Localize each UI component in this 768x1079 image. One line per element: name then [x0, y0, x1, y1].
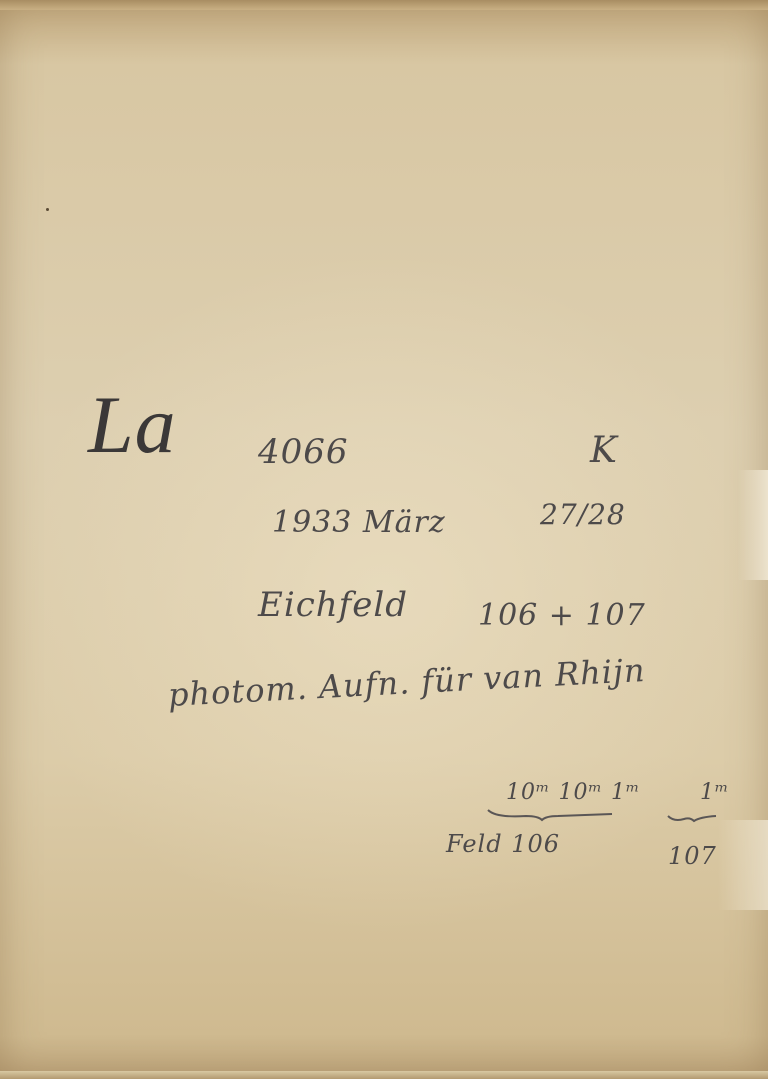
observation-nights: 27/28	[540, 498, 626, 531]
paper-speck	[46, 208, 49, 211]
plate-mark: K	[590, 430, 618, 471]
envelope-bottom-edge	[0, 1071, 768, 1079]
brace-107	[666, 812, 718, 824]
observation-date: 1933 März	[272, 505, 446, 540]
field-numbers: 106 + 107	[478, 598, 646, 633]
paper-glare	[718, 820, 768, 910]
envelope-top-edge	[0, 0, 768, 10]
purpose-note: photom. Aufn. für van Rhijn	[167, 651, 646, 714]
feld-106-label: Feld 106	[446, 830, 560, 858]
exposures-106: 10ᵐ 10ᵐ 1ᵐ	[506, 780, 640, 805]
paper-glare	[738, 470, 768, 580]
field-label: Eichfeld	[258, 585, 408, 625]
exposures-107: 1ᵐ	[700, 780, 730, 805]
plate-envelope: La 4066 K 1933 März 27/28 Eichfeld 106 +…	[0, 0, 768, 1079]
field-107-label: 107	[668, 842, 717, 870]
brace-106	[486, 808, 614, 822]
catalog-number: 4066	[258, 432, 349, 472]
catalog-prefix: La	[88, 378, 177, 472]
